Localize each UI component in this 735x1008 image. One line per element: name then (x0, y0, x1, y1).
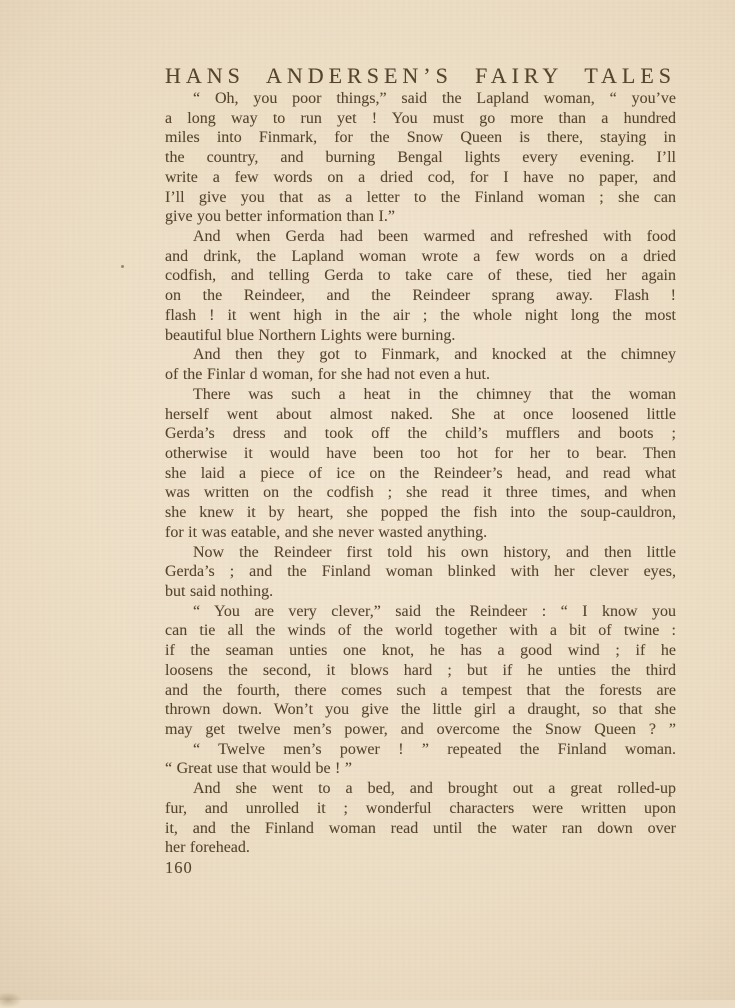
text-line: “ Great use that would be ! ” (165, 759, 676, 779)
text-line: There was such a heat in the chimney tha… (165, 385, 676, 405)
text-line: write a few words on a dried cod, for I … (165, 168, 676, 188)
text-line: beautiful blue Northern Lights were burn… (165, 326, 676, 346)
text-line: the country, and burning Bengal lights e… (165, 148, 676, 168)
text-line: was written on the codfish ; she read it… (165, 483, 676, 503)
text-line: but said nothing. (165, 582, 676, 602)
text-line: of the Finlar d woman, for she had not e… (165, 365, 676, 385)
text-line: a long way to run yet ! You must go more… (165, 109, 676, 129)
text-line: and drink, the Lapland woman wrote a few… (165, 247, 676, 267)
text-line: can tie all the winds of the world toget… (165, 621, 676, 641)
text-line: she knew it by heart, she popped the fis… (165, 503, 676, 523)
text-line: codfish, and telling Gerda to take care … (165, 266, 676, 286)
text-column: HANS ANDERSEN’S FAIRY TALES “ Oh, you po… (165, 62, 676, 878)
text-block: “ Oh, you poor things,” said the Lapland… (165, 89, 676, 858)
text-line: And when Gerda had been warmed and refre… (165, 227, 676, 247)
text-line: she laid a piece of ice on the Reindeer’… (165, 464, 676, 484)
paragraph: “ You are very clever,” said the Reindee… (165, 602, 676, 740)
paragraph: And when Gerda had been warmed and refre… (165, 227, 676, 345)
text-line: I’ll give you that as a letter to the Fi… (165, 188, 676, 208)
text-line: “ Oh, you poor things,” said the Lapland… (165, 89, 676, 109)
text-line: on the Reindeer, and the Reindeer sprang… (165, 286, 676, 306)
paragraph: And she went to a bed, and brought out a… (165, 779, 676, 858)
text-line: it, and the Finland woman read until the… (165, 819, 676, 839)
text-line: loosens the second, it blows hard ; but … (165, 661, 676, 681)
text-line: And then they got to Finmark, and knocke… (165, 345, 676, 365)
text-line: “ You are very clever,” said the Reindee… (165, 602, 676, 622)
text-line: “ Twelve men’s power ! ” repeated the Fi… (165, 740, 676, 760)
text-line: flash ! it went high in the air ; the wh… (165, 306, 676, 326)
text-line: Now the Reindeer first told his own hist… (165, 543, 676, 563)
paragraph: “ Twelve men’s power ! ” repeated the Fi… (165, 740, 676, 779)
paragraph: Now the Reindeer first told his own hist… (165, 543, 676, 602)
text-line: Gerda’s ; and the Finland woman blinked … (165, 562, 676, 582)
paragraph: And then they got to Finmark, and knocke… (165, 345, 676, 384)
text-line: thrown down. Won’t you give the little g… (165, 700, 676, 720)
ink-speck (121, 265, 124, 268)
text-line: if the seaman unties one knot, he has a … (165, 641, 676, 661)
text-line: may get twelve men’s power, and overcome… (165, 720, 676, 740)
text-line: miles into Finmark, for the Snow Queen i… (165, 128, 676, 148)
text-line: fur, and unrolled it ; wonderful charact… (165, 799, 676, 819)
text-line: her forehead. (165, 838, 676, 858)
text-line: otherwise it would have been too hot for… (165, 444, 676, 464)
text-line: herself went about almost naked. She at … (165, 405, 676, 425)
paragraph: There was such a heat in the chimney tha… (165, 385, 676, 543)
page-header: HANS ANDERSEN’S FAIRY TALES (165, 62, 676, 89)
text-line: And she went to a bed, and brought out a… (165, 779, 676, 799)
corner-smudge (0, 992, 22, 1000)
text-line: for it was eatable, and she never wasted… (165, 523, 676, 543)
text-line: give you better information than I.” (165, 207, 676, 227)
page-number: 160 (165, 858, 676, 878)
paragraph: “ Oh, you poor things,” said the Lapland… (165, 89, 676, 227)
text-line: Gerda’s dress and took off the child’s m… (165, 424, 676, 444)
text-line: and the fourth, there comes such a tempe… (165, 681, 676, 701)
book-page-paper: HANS ANDERSEN’S FAIRY TALES “ Oh, you po… (0, 0, 735, 1000)
